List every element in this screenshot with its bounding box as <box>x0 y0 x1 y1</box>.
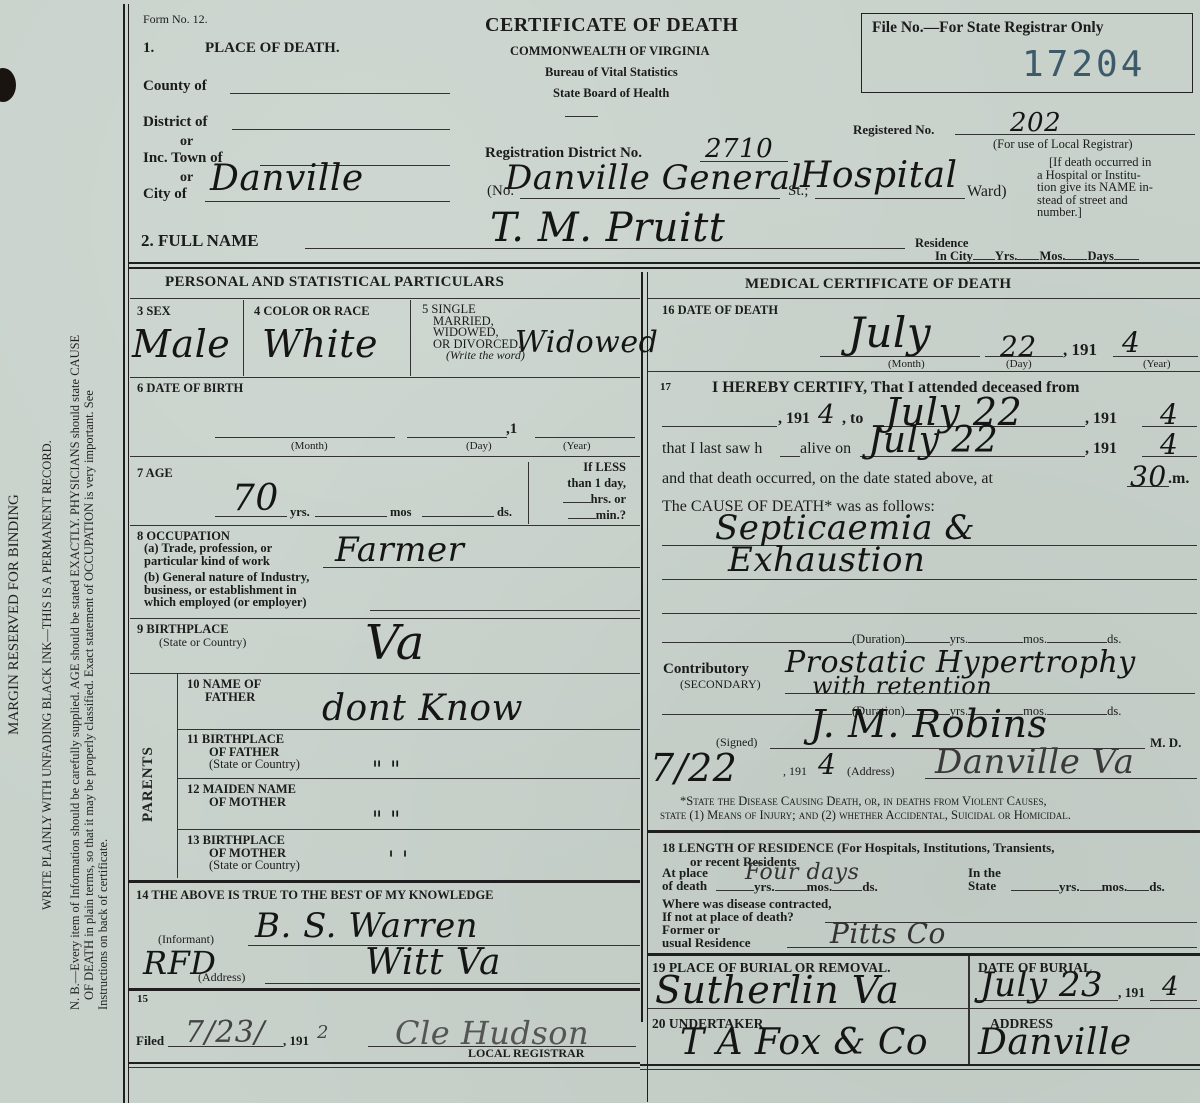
age-label: 7 AGE <box>137 466 173 481</box>
physician-address-value: Danville Va <box>935 742 1134 782</box>
medical-heading: MEDICAL CERTIFICATE OF DEATH <box>745 276 1011 293</box>
county-field[interactable] <box>230 93 450 94</box>
local-registrar-label: LOCAL REGISTRAR <box>468 1046 584 1061</box>
undertaker-value: T A Fox & Co <box>680 1022 928 1063</box>
city-field[interactable] <box>205 201 450 202</box>
margin-binding-text: MARGIN RESERVED FOR BINDING <box>6 494 23 735</box>
margin-ink-text: WRITE PLAINLY WITH UNFADING BLACK INK—TH… <box>40 440 55 910</box>
marital-label: 5 SINGLE MARRIED, WIDOWED, OR DIVORCED. … <box>422 304 525 362</box>
ward-value: Hospital <box>800 155 958 196</box>
county-label: County of <box>143 78 207 95</box>
local-registrar-note: (For use of Local Registrar) <box>993 137 1133 152</box>
place-of-death-heading: PLACE OF DEATH. <box>205 40 340 57</box>
registered-no-field[interactable] <box>955 134 1195 135</box>
race-label: 4 COLOR OR RACE <box>254 304 370 319</box>
in-state-duration: yrs.mos.ds. <box>1011 879 1165 895</box>
registered-no-value: 202 <box>1010 108 1061 138</box>
commonwealth-heading: COMMONWEALTH OF VIRGINIA <box>510 44 710 59</box>
footnote-1: *State the Disease Causing Death, or, in… <box>680 794 1047 809</box>
pronoun-field[interactable] <box>780 456 800 457</box>
informant-address-value: Witt Va <box>365 942 501 983</box>
form-number: Form No. 12. <box>143 12 208 27</box>
signed-date-value: 7/22 <box>650 746 737 790</box>
age-days-field[interactable] <box>422 516 494 517</box>
informant-value: B. S. Warren <box>255 906 478 946</box>
city-label: City of <box>143 186 187 203</box>
dob-label: 6 DATE OF BIRTH <box>137 381 243 396</box>
father-name-label: 10 NAME OF FATHER <box>187 678 261 703</box>
time-of-death-value: 30 <box>1130 460 1167 493</box>
mother-name-label: 12 MAIDEN NAME OF MOTHER <box>187 783 296 808</box>
district-field[interactable] <box>232 129 450 130</box>
contributory-field[interactable] <box>785 693 1195 694</box>
dod-month-value: July <box>848 308 931 357</box>
footnote-2: state (1) Means of Injury; and (2) wheth… <box>660 808 1071 823</box>
occupation-industry-field[interactable] <box>370 610 640 611</box>
dod-year-value: 4 <box>1122 326 1140 359</box>
left-border-inner <box>128 4 129 1103</box>
bureau-heading: Bureau of Vital Statistics <box>545 65 678 80</box>
cause-line-3[interactable] <box>662 613 1197 614</box>
personal-heading: PERSONAL AND STATISTICAL PARTICULARS <box>165 274 504 291</box>
informant-address-field[interactable] <box>265 983 640 984</box>
sex-label: 3 SEX <box>137 304 171 319</box>
dob-day-field[interactable] <box>407 437 507 438</box>
attended-from-field[interactable] <box>662 426 777 427</box>
age-months-field[interactable] <box>315 516 387 517</box>
burial-date-value: July 23 <box>980 965 1103 1005</box>
date-of-death-label: 16 DATE OF DEATH <box>662 303 778 318</box>
margin-nb-line-1: N. B.—Every item of Information should b… <box>68 335 83 1010</box>
certificate-paper: MARGIN RESERVED FOR BINDING WRITE PLAINL… <box>0 0 1200 1103</box>
board-heading: State Board of Health <box>553 86 669 101</box>
last-saw-value: July 22 <box>868 420 998 461</box>
less-than-day: If LESS than 1 day, hrs. or min.? <box>548 459 626 523</box>
at-place-value: Four days <box>745 860 859 885</box>
margin-nb-line-2: OF DEATH in plain terms, so that it may … <box>82 390 97 1000</box>
parents-label: PARENTS <box>140 746 157 822</box>
ward-field[interactable] <box>815 198 965 199</box>
marital-value: Widowed <box>515 325 658 360</box>
contributory-value-2: with retention <box>812 672 992 700</box>
hospital-note: [If death occurred in a Hospital or Inst… <box>1037 156 1195 219</box>
registered-no-label: Registered No. <box>853 122 934 138</box>
birthplace-value: Va <box>365 615 425 671</box>
age-value: 70 <box>232 478 279 519</box>
former-residence-value: Pitts Co <box>830 917 946 950</box>
race-value: White <box>262 322 378 366</box>
full-name-label: 2. FULL NAME <box>141 231 259 251</box>
file-number-box: File No.—For State Registrar Only 17204 <box>861 13 1193 93</box>
contributory-label: Contributory <box>663 661 749 678</box>
father-birthplace-label: 11 BIRTHPLACE OF FATHER (State or Countr… <box>187 733 300 771</box>
left-border <box>123 4 125 1103</box>
section-1-number: 1. <box>143 40 154 57</box>
center-divider <box>641 272 643 1022</box>
mother-birthplace-label: 13 BIRTHPLACE OF MOTHER (State or Countr… <box>187 834 300 872</box>
burial-place-value: Sutherlin Va <box>655 968 899 1012</box>
father-birthplace-value: " " <box>372 758 401 783</box>
occupation-value: Farmer <box>335 530 464 570</box>
burial-address-value: Danville <box>978 1022 1132 1063</box>
father-name-value: dont Know <box>322 688 523 729</box>
full-name-value: T. M. Pruitt <box>490 205 725 251</box>
binding-hole <box>0 68 16 102</box>
physician-signature: J. M. Robins <box>810 702 1047 746</box>
certificate-title: CERTIFICATE OF DEATH <box>485 14 738 37</box>
mother-birthplace-value: ' ' <box>388 848 409 873</box>
street-field[interactable] <box>520 198 780 199</box>
margin-nb-line-3: Instructions on back of certificate. <box>96 839 111 1010</box>
cause-value-2: Exhaustion <box>728 540 925 580</box>
street-value: Danville General <box>505 158 802 198</box>
filed-date-value: 7/23/ <box>185 1015 265 1050</box>
city-value: Danville <box>210 158 364 199</box>
informant-heading: 14 THE ABOVE IS TRUE TO THE BEST OF MY K… <box>136 888 494 903</box>
dob-year-field[interactable] <box>535 437 635 438</box>
sex-value: Male <box>132 322 230 366</box>
dob-month-field[interactable] <box>215 437 395 438</box>
district-label: District of <box>143 114 208 131</box>
file-number-stamp: 17204 <box>1022 44 1145 85</box>
file-number-label: File No.—For State Registrar Only <box>872 19 1103 37</box>
